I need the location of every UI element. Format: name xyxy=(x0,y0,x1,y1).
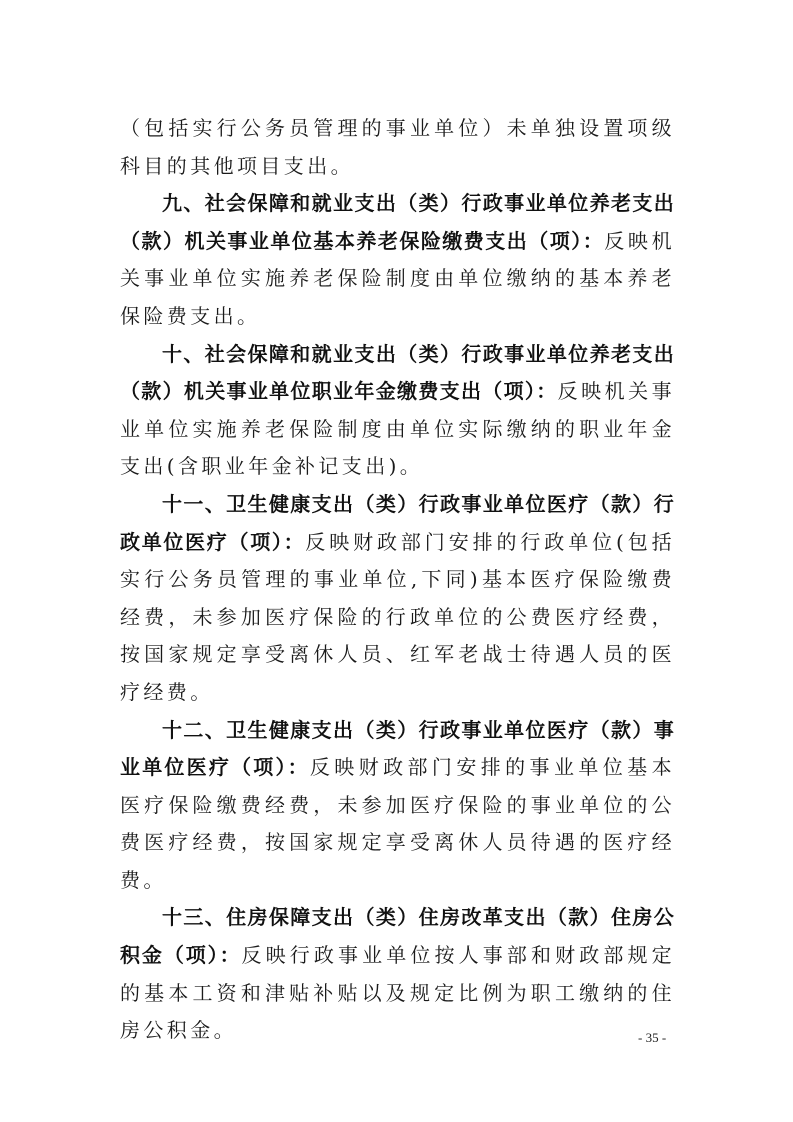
paragraph-body: 反映财政部门安排的行政单位(包括实行公务员管理的事业单位,下同)基本医疗保险缴费… xyxy=(120,530,675,704)
paragraph-item-10: 十、社会保障和就业支出（类）行政事业单位养老支出（款）机关事业单位职业年金缴费支… xyxy=(120,336,675,486)
document-page: （包括实行公务员管理的事业单位）未单独设置项级科目的其他项目支出。 九、社会保障… xyxy=(120,110,675,1050)
paragraph-item-11: 十一、卫生健康支出（类）行政事业单位医疗（款）行政单位医疗（项）：反映财政部门安… xyxy=(120,486,675,712)
page-number: - 35 - xyxy=(638,1030,666,1046)
paragraph-item-9: 九、社会保障和就业支出（类）行政事业单位养老支出（款）机关事业单位基本养老保险缴… xyxy=(120,185,675,335)
paragraph-item-13: 十三、住房保障支出（类）住房改革支出（款）住房公积金（项）：反映行政事业单位按人… xyxy=(120,899,675,1049)
paragraph-heading: 九、社会保障和就业支出（类）行政事业单位养老支出（款）机关事业单位基本养老保险缴… xyxy=(120,191,675,253)
paragraph-continuation: （包括实行公务员管理的事业单位）未单独设置项级科目的其他项目支出。 xyxy=(120,110,675,185)
paragraph-item-12: 十二、卫生健康支出（类）行政事业单位医疗（款）事业单位医疗（项）：反映财政部门安… xyxy=(120,712,675,900)
paragraph-body: （包括实行公务员管理的事业单位）未单独设置项级科目的其他项目支出。 xyxy=(120,116,675,178)
